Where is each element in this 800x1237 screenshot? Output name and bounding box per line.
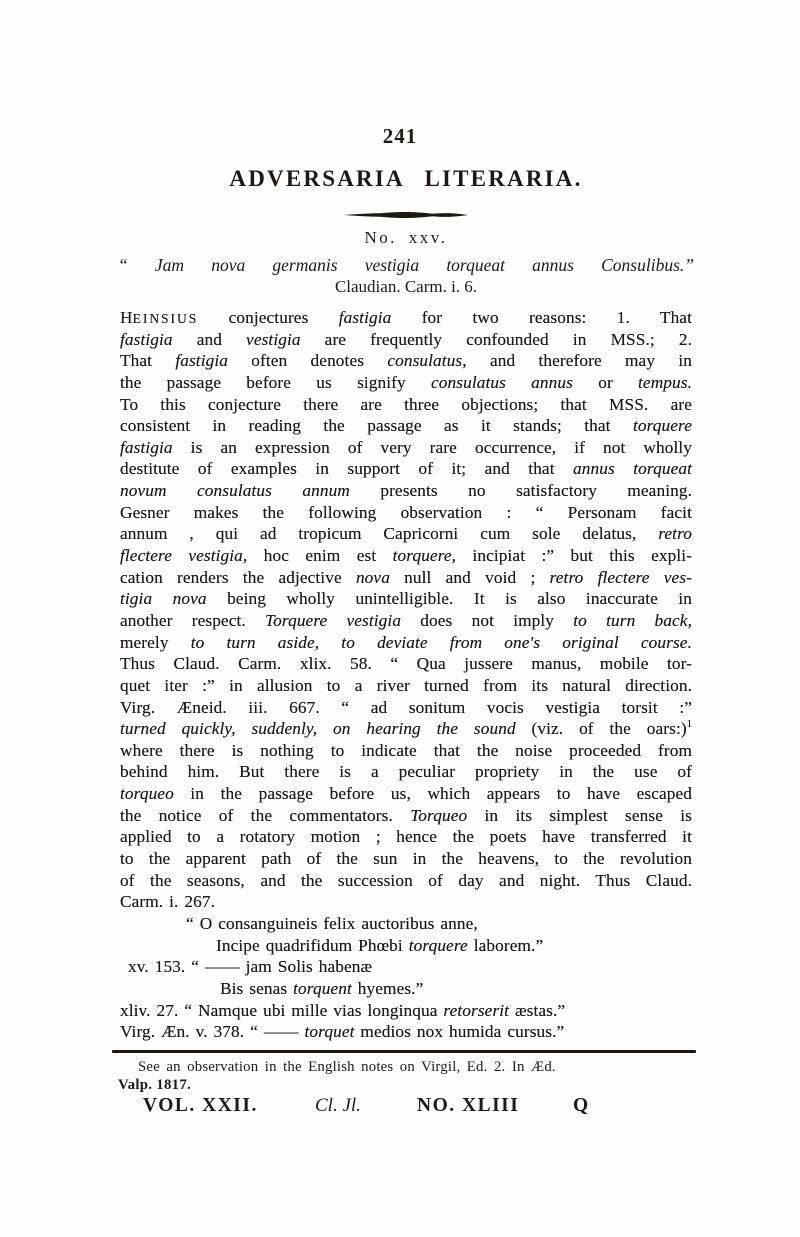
text-line: fastigia and vestigia are frequently con… <box>120 329 692 351</box>
text-line: “ O consanguineis felix auctoribus anne, <box>120 913 692 935</box>
footnote-rule <box>112 1050 696 1053</box>
text-line: That fastigia often denotes consulatus, … <box>120 350 692 372</box>
text-line: consistent in reading the passage as it … <box>120 415 692 437</box>
text-line: xv. 153. “ —— jam Solis habenæ <box>120 956 692 978</box>
article-body: HEINSIUS conjectures fastigia for two re… <box>120 307 692 1043</box>
epigraph-quote: “ Jam nova germanis vestigia torqueat an… <box>118 255 694 276</box>
text-line: merely to turn aside, to deviate from on… <box>120 632 692 654</box>
divider-ornament <box>120 206 692 224</box>
text-line: fastigia is an expression of very rare o… <box>120 437 692 459</box>
footnote-line: Valp. 1817. <box>118 1077 696 1095</box>
text-line: Gesner makes the following observation :… <box>120 502 692 524</box>
text-line: Bis senas torquent hyemes.” <box>120 978 692 1000</box>
text-line: torqueo in the passage before us, which … <box>120 783 692 805</box>
text-line: quet iter :” in allusion to a river turn… <box>120 675 692 697</box>
text-line: novum consulatus annum presents no satis… <box>120 480 692 502</box>
issue-heading: No. xxv. <box>120 228 692 248</box>
text-line: destitute of examples in support of it; … <box>120 458 692 480</box>
footnote: See an observation in the English notes … <box>118 1059 696 1094</box>
text-line: turned quickly, suddenly, on hearing the… <box>120 718 692 740</box>
footnote-line: See an observation in the English notes … <box>118 1059 696 1077</box>
text-line: To this conjecture there are three objec… <box>120 394 692 416</box>
text-line: applied to a rotatory motion ; hence the… <box>120 826 692 848</box>
text-line: xliv. 27. “ Namque ubi mille vias longin… <box>120 1000 692 1022</box>
page-number: 241 <box>120 124 680 149</box>
footer-volume: VOL. XXII. <box>143 1095 258 1117</box>
text-line: the notice of the commentators. Torqueo … <box>120 805 692 827</box>
text-line: HEINSIUS conjectures fastigia for two re… <box>120 307 692 329</box>
text-line: tigia nova being wholly unintelligible. … <box>120 588 692 610</box>
page-footer: VOL. XXII. Cl. Jl. NO. XLIII Q <box>120 1095 700 1121</box>
text-line: flectere vestigia, hoc enim est torquere… <box>120 545 692 567</box>
text-line: Carm. i. 267. <box>120 891 692 913</box>
epigraph-attribution: Claudian. Carm. i. 6. <box>120 277 692 297</box>
text-line: where there is nothing to indicate that … <box>120 740 692 762</box>
text-line: of the seasons, and the succession of da… <box>120 870 692 892</box>
footer-journal: Cl. Jl. <box>315 1095 361 1117</box>
text-line: Thus Claud. Carm. xlix. 58. “ Qua jusser… <box>120 653 692 675</box>
footer-catchword: Q <box>573 1095 588 1117</box>
scanned-page: 241 ADVERSARIA LITERARIA. No. xxv. “ Jam… <box>0 0 800 1237</box>
text-line: annum , qui ad tropicum Capricorni cum s… <box>120 523 692 545</box>
text-line: behind him. But there is a peculiar prop… <box>120 761 692 783</box>
text-line: the passage before us signify consulatus… <box>120 372 692 394</box>
text-line: Virg. Æneid. iii. 667. “ ad sonitum voci… <box>120 697 692 719</box>
text-line: Incipe quadrifidum Phœbi torquere labore… <box>120 935 692 957</box>
text-line: Virg. Æn. v. 378. “ —— torquet medios no… <box>120 1021 692 1043</box>
tapered-rule-icon <box>344 211 468 219</box>
text-line: another respect. Torquere vestigia does … <box>120 610 692 632</box>
text-line: to the apparent path of the sun in the h… <box>120 848 692 870</box>
footer-issue: NO. XLIII <box>417 1095 519 1117</box>
text-line: cation renders the adjective nova null a… <box>120 567 692 589</box>
article-title: ADVERSARIA LITERARIA. <box>120 166 692 192</box>
